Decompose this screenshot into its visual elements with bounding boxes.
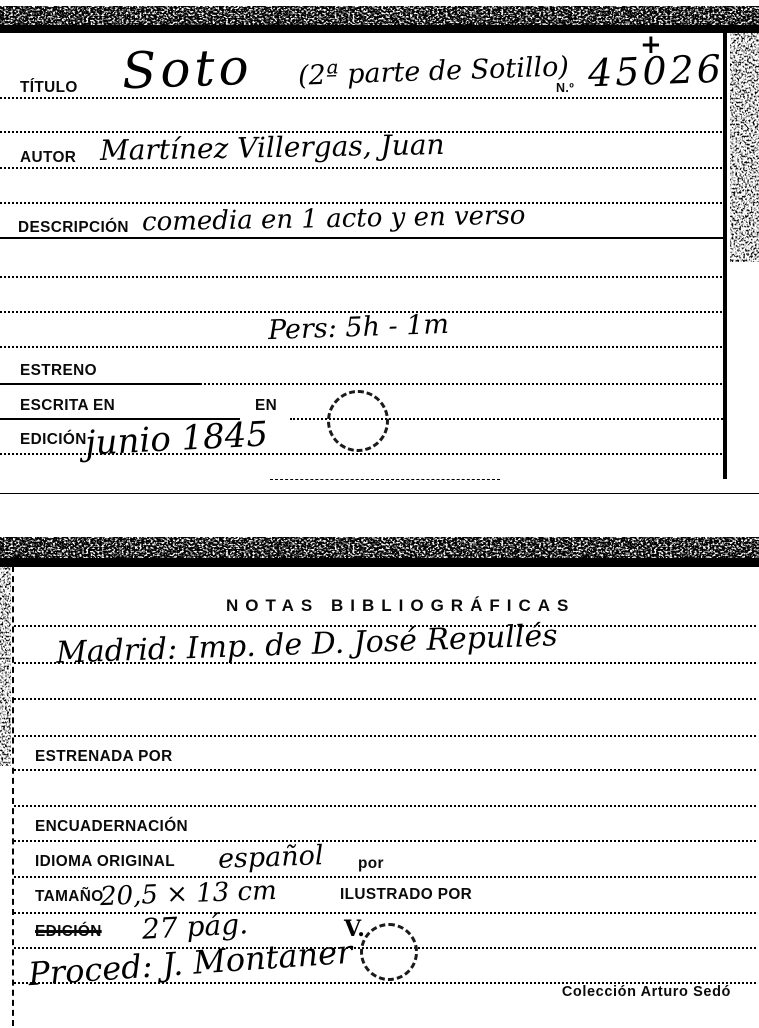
ruled-line: [0, 97, 726, 99]
circular-stain: [360, 923, 418, 981]
edicion-pages-value: 27 pág.: [141, 910, 248, 944]
descripcion-value: comedia en 1 acto y en verso: [142, 203, 526, 236]
scan-noise-right: [730, 32, 759, 262]
catalog-card-scan: { "top_card": { "fields": { "titulo_labe…: [0, 0, 759, 1028]
tamano-label: TAMAÑO: [35, 888, 104, 906]
numero-label: N.º: [556, 80, 574, 95]
ruled-line: [14, 698, 756, 700]
ruled-line: [14, 805, 756, 807]
edicion-label-struck: EDICIÓN: [35, 923, 102, 941]
idioma-value: español: [218, 842, 324, 873]
ruled-line: [14, 840, 756, 842]
notas-header: NOTAS BIBLIOGRÁFICAS: [226, 596, 575, 616]
card-right-border: [723, 32, 727, 479]
ruled-line: [0, 276, 726, 278]
estreno-label: ESTRENO: [20, 362, 97, 380]
bottom-card: NOTAS BIBLIOGRÁFICAS ESTRENADA POR ENCUA…: [0, 535, 759, 1028]
ruled-line: [0, 167, 726, 169]
top-card: TÍTULO AUTOR DESCRIPCIÓN ESTRENO ESCRITA…: [0, 0, 759, 493]
ruled-line: [14, 876, 756, 878]
tamano-value: 20,5 × 13 cm: [100, 878, 278, 910]
ruled-line: [0, 346, 726, 348]
ruled-line: [14, 735, 756, 737]
plus-mark: +: [640, 32, 662, 58]
idioma-original-label: IDIOMA ORIGINAL: [35, 853, 175, 871]
personajes-value: Pers: 5h - 1m: [268, 311, 450, 344]
ruled-line: [14, 769, 756, 771]
titulo-label: TÍTULO: [20, 79, 78, 97]
ruled-line: [0, 383, 200, 385]
circular-stain: [327, 390, 389, 452]
ilustrado-por-label: ILUSTRADO POR: [340, 886, 472, 904]
autor-label: AUTOR: [20, 149, 76, 167]
collection-label: Colección Arturo Sedó: [541, 984, 731, 1000]
edicion-label: EDICIÓN: [20, 431, 87, 449]
escrita-en-label: ESCRITA EN: [20, 397, 115, 415]
card-bottom-edge: [270, 479, 500, 480]
estrenada-por-label: ESTRENADA POR: [35, 748, 173, 766]
titulo-value: Soto: [121, 42, 253, 97]
titulo-annotation: (2ª parte de Sotillo): [298, 53, 570, 89]
edicion-value: junio 1845: [84, 417, 269, 461]
ruled-line: [14, 912, 756, 914]
en-label: EN: [255, 397, 277, 415]
autor-value: Martínez Villergas, Juan: [100, 131, 445, 165]
ruled-line: [200, 383, 726, 385]
descripcion-label: DESCRIPCIÓN: [18, 219, 129, 237]
scan-noise-left: [0, 566, 11, 766]
torn-edge-bottom: [0, 537, 759, 569]
encuadernacion-label: ENCUADERNACIÓN: [35, 818, 188, 836]
card-left-border: [12, 566, 14, 1026]
scan-separator-line: [0, 493, 759, 494]
por-label: por: [358, 855, 384, 873]
ruled-line: [0, 237, 726, 239]
